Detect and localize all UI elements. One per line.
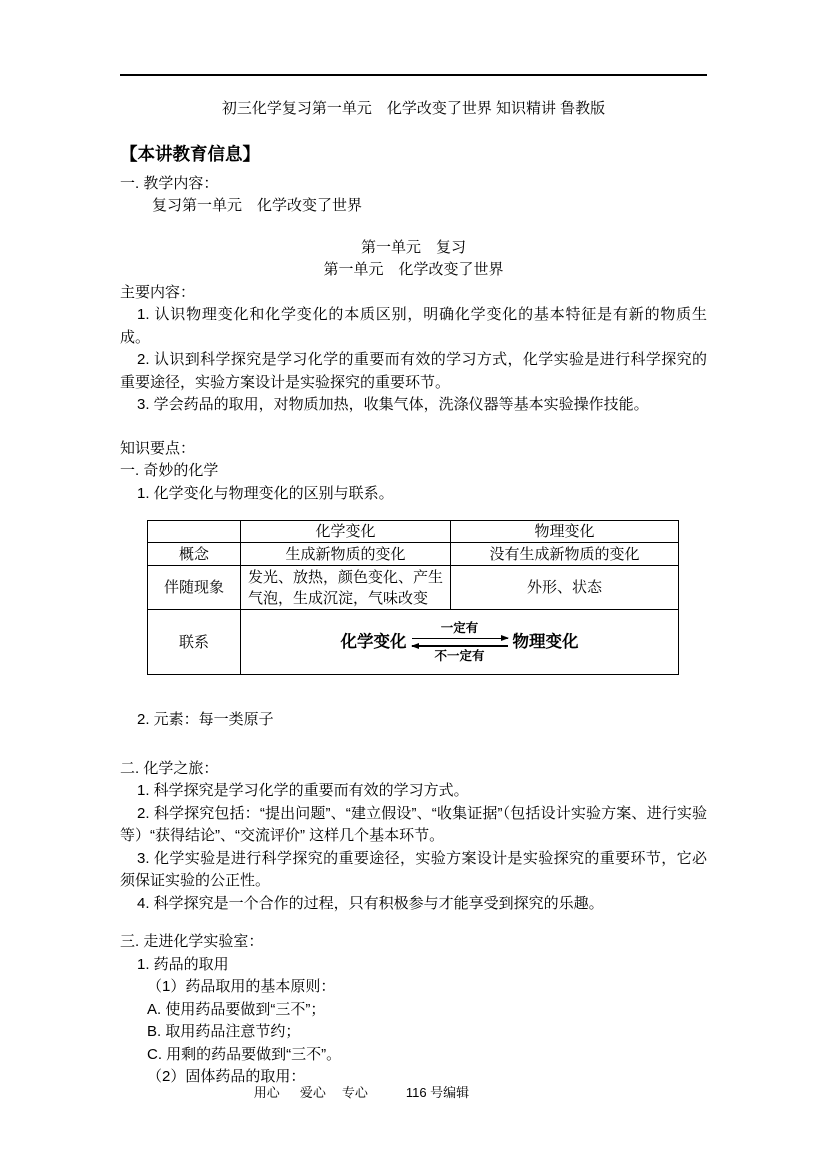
double-arrow-icon [412, 637, 508, 648]
cell-phenomena-chemical: 发光、放热，颜色变化、产生气泡，生成沉淀，气味改变 [241, 566, 451, 610]
footer-word: 爱心 [300, 1084, 326, 1102]
section3-rule-a: A. 使用药品要做到“三不”； [147, 999, 707, 1022]
header-rule [120, 74, 707, 76]
table-row-concept: 概念 生成新物质的变化 没有生成新物质的变化 [148, 543, 679, 566]
diagram-right-term: 物理变化 [513, 632, 579, 653]
reversible-arrows-group: 一定有 不一定有 [412, 621, 508, 664]
section1-item1: 1. 化学变化与物理变化的区别与联系。 [120, 483, 707, 506]
section2-heading: 二. 化学之旅： [120, 758, 707, 781]
section3-rule-c: C. 用剩的药品要做到“三不”。 [147, 1044, 707, 1067]
section2-item: 1. 科学探究是学习化学的重要而有效的学习方式。 [120, 780, 707, 803]
knowledge-points-label: 知识要点： [120, 438, 707, 461]
section3-rule-b: B. 取用药品注意节约； [147, 1021, 707, 1044]
section3-heading: 三. 走进化学实验室： [120, 931, 707, 954]
arrow-bottom-label: 不一定有 [434, 649, 484, 664]
section2-item: 2. 科学探究包括：“提出问题”、“建立假设”、“收集证据”（包括设计实验方案、… [120, 803, 707, 848]
row-label-concept: 概念 [148, 543, 241, 566]
page-footer: 用心 爱心 专心 116 号编辑 [0, 1084, 775, 1102]
cell-concept-physical: 没有生成新物质的变化 [451, 543, 679, 566]
cell-relation-diagram: 化学变化 一定有 不一定有 物理变化 [241, 610, 679, 675]
main-point-item: 3. 学会药品的取用，对物质加热，收集气体，洗涤仪器等基本实验操作技能。 [120, 394, 707, 417]
reversible-relation-diagram: 化学变化 一定有 不一定有 物理变化 [244, 621, 675, 664]
document-title: 初三化学复习第一单元 化学改变了世界 知识精讲 鲁教版 [120, 98, 707, 121]
unit-heading-review: 第一单元 复习 [120, 237, 707, 260]
diagram-left-term: 化学变化 [341, 632, 407, 653]
table-col-header-physical: 物理变化 [451, 521, 679, 543]
section2-item: 3. 化学实验是进行科学探究的重要途径，实验方案设计是实验探究的重要环节，它必须… [120, 848, 707, 893]
table-row-phenomena: 伴随现象 发光、放热，颜色变化、产生气泡，生成沉淀，气味改变 外形、状态 [148, 566, 679, 610]
table-row-relation: 联系 化学变化 一定有 不一定有 物理变化 [148, 610, 679, 675]
change-comparison-table: 化学变化 物理变化 概念 生成新物质的变化 没有生成新物质的变化 伴随现象 发光… [147, 520, 679, 675]
section-header-edu-info: 【本讲教育信息】 [120, 141, 707, 167]
arrow-right-icon [412, 638, 508, 640]
footer-editor: 116 号编辑 [406, 1084, 469, 1102]
arrow-top-label: 一定有 [441, 621, 479, 636]
table-header-row: 化学变化 物理变化 [148, 521, 679, 543]
cell-phenomena-physical: 外形、状态 [451, 566, 679, 610]
arrow-left-icon [412, 645, 508, 647]
teaching-content-text: 复习第一单元 化学改变了世界 [152, 195, 707, 218]
section3-subitem1: （1）药品取用的基本原则： [147, 976, 707, 999]
cell-concept-chemical: 生成新物质的变化 [241, 543, 451, 566]
section1-heading: 一. 奇妙的化学 [120, 460, 707, 483]
main-point-item: 2. 认识到科学探究是学习化学的重要而有效的学习方式，化学实验是进行科学探究的重… [120, 349, 707, 394]
row-label-relation: 联系 [148, 610, 241, 675]
footer-word: 用心 [254, 1084, 280, 1102]
main-point-item: 1. 认识物理变化和化学变化的本质区别，明确化学变化的基本特征是有新的物质生成。 [120, 304, 707, 349]
main-points-label: 主要内容： [120, 282, 707, 305]
unit-heading-title: 第一单元 化学改变了世界 [120, 259, 707, 282]
section2-item: 4. 科学探究是一个合作的过程，只有积极参与才能享受到探究的乐趣。 [120, 893, 707, 916]
footer-word: 专心 [342, 1084, 368, 1102]
section3-item1: 1. 药品的取用 [120, 954, 707, 977]
table-col-header-chemical: 化学变化 [241, 521, 451, 543]
teaching-content-label: 一. 教学内容： [120, 173, 707, 196]
row-label-phenomena: 伴随现象 [148, 566, 241, 610]
table-corner-cell [148, 521, 241, 543]
document-page: 初三化学复习第一单元 化学改变了世界 知识精讲 鲁教版 【本讲教育信息】 一. … [0, 0, 827, 1170]
section1-item2: 2. 元素：每一类原子 [120, 709, 707, 732]
